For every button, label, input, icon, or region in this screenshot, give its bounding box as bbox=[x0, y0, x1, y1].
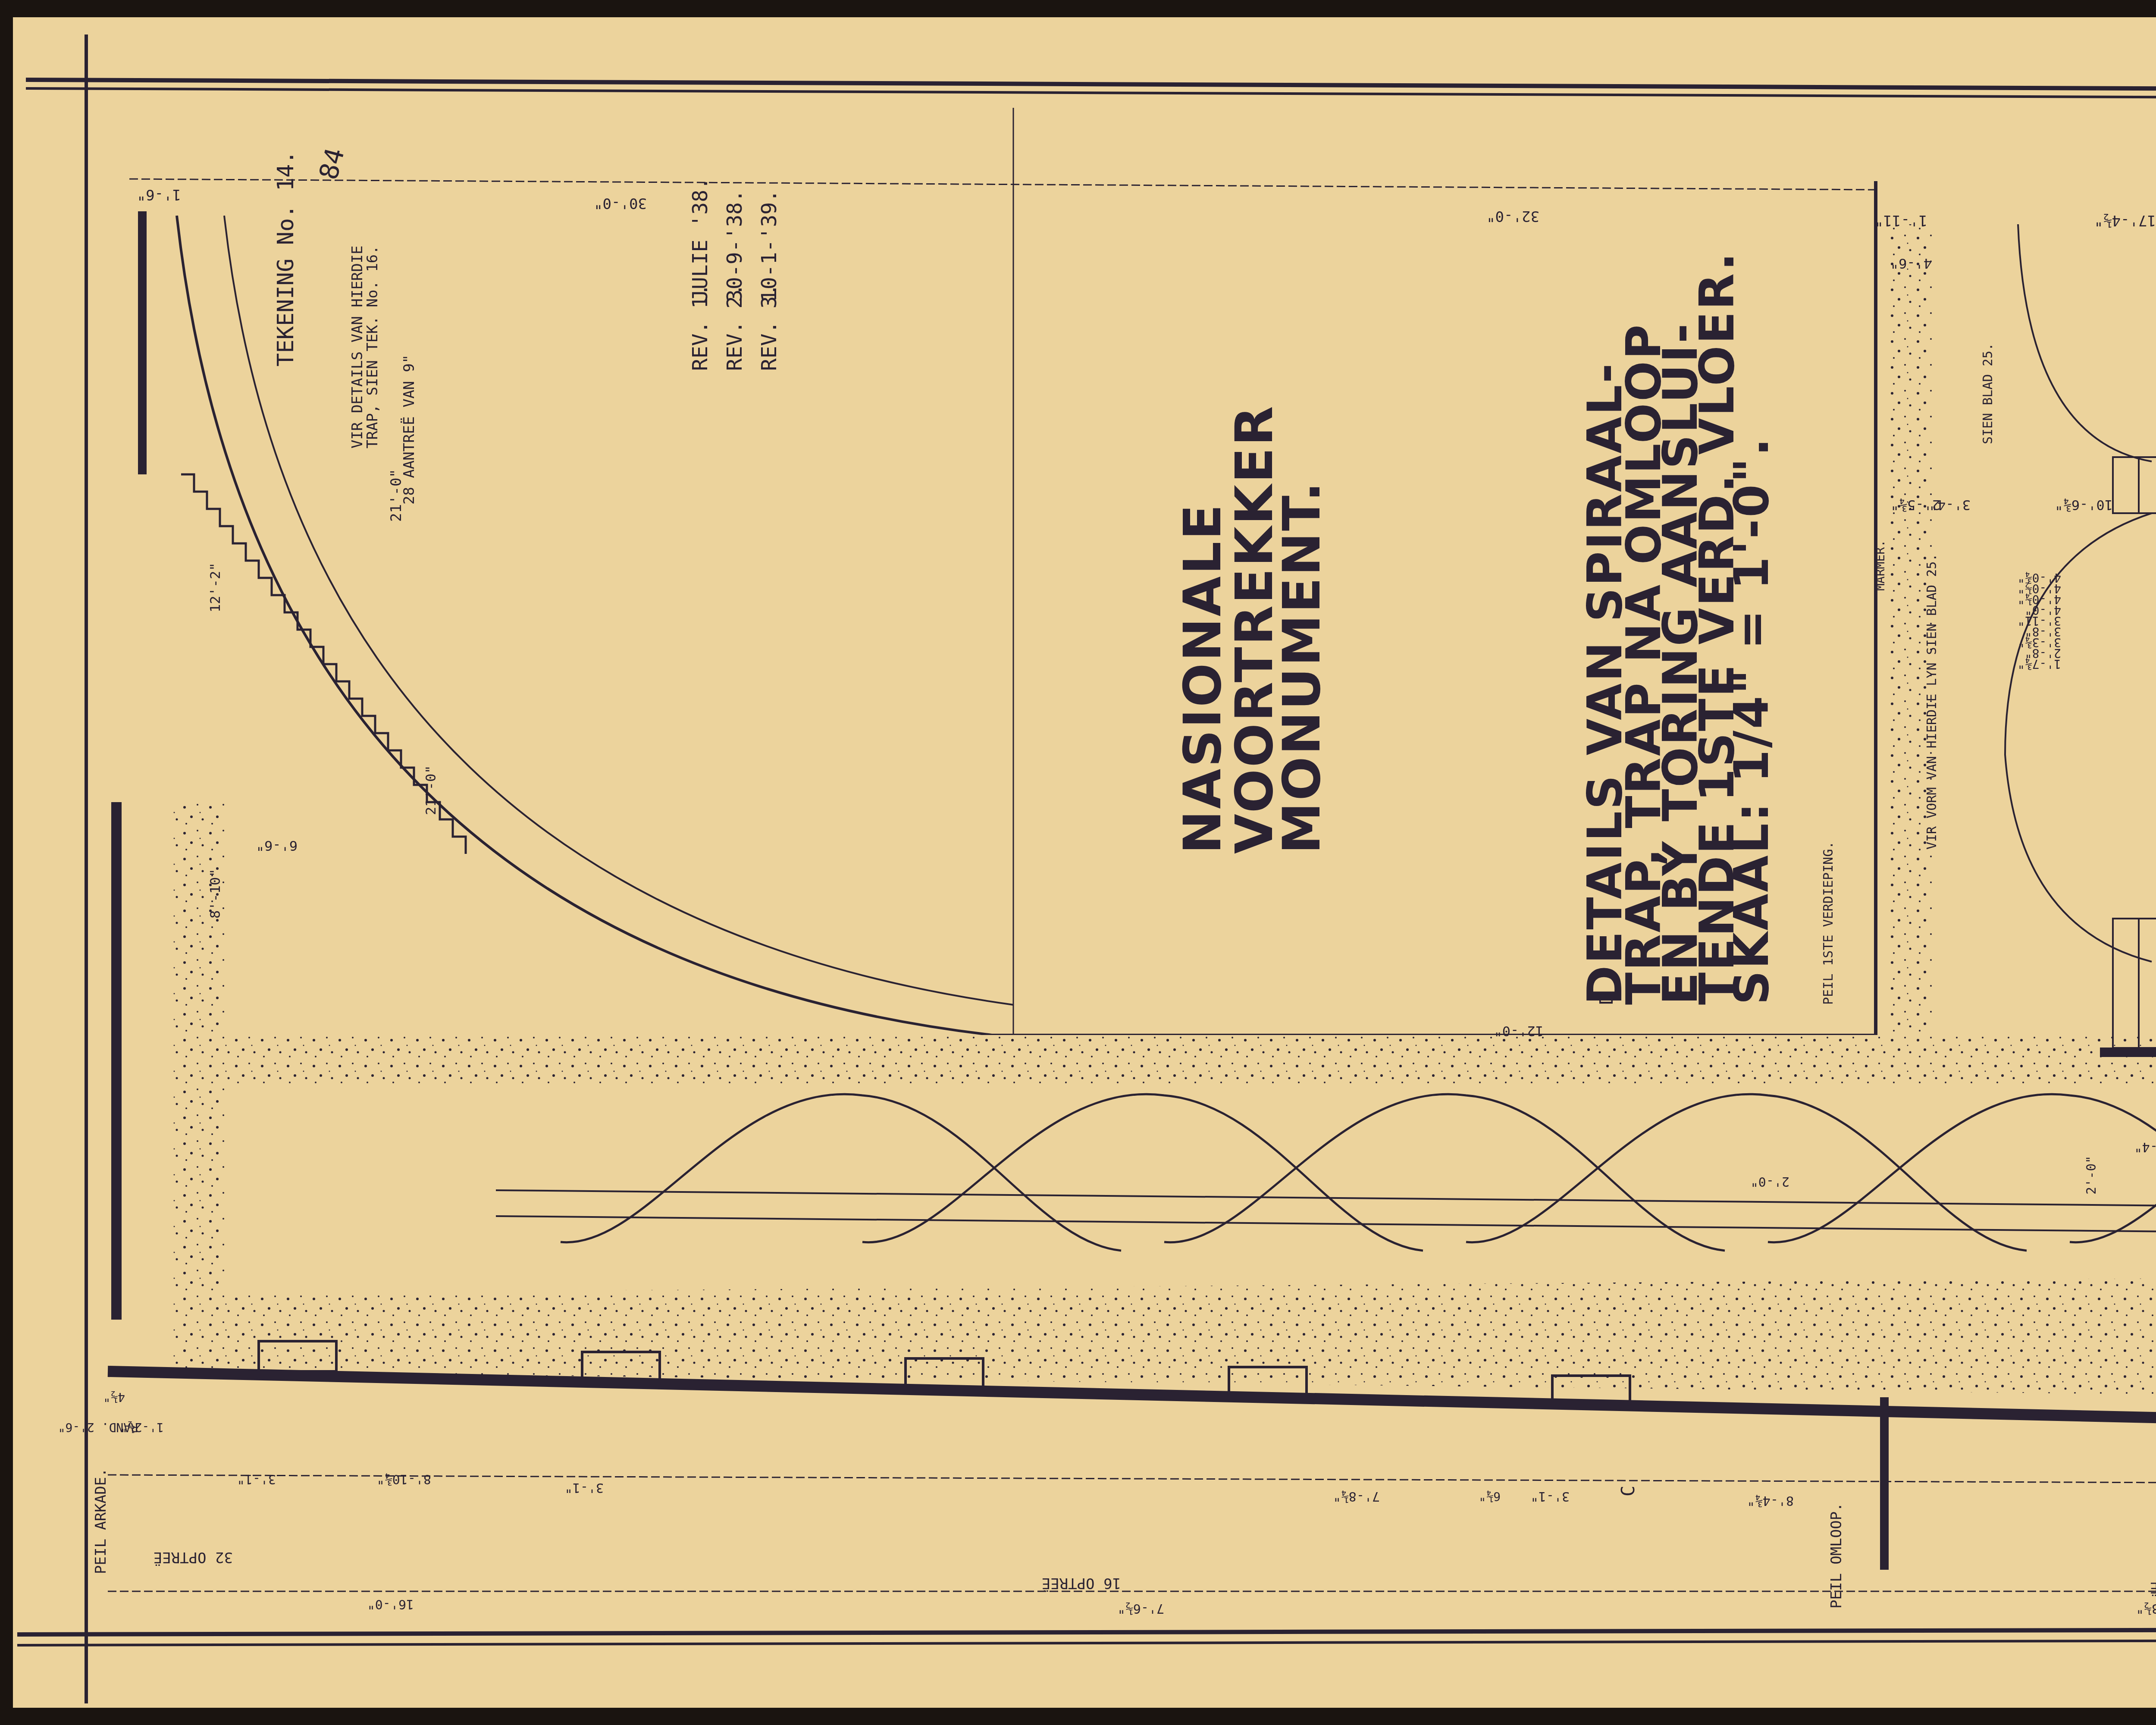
revision-2-date: 30-9-'38. bbox=[723, 190, 747, 302]
dim-left-1: 12'-2" bbox=[207, 562, 223, 612]
note-risers-16: 16 OPTREË bbox=[1042, 1574, 1121, 1592]
dim-bottom-5: 3'-1" bbox=[565, 1480, 604, 1495]
note-level-arcade: PEIL ARKADE. bbox=[92, 1468, 110, 1574]
dim-bottom-8: 3'-1" bbox=[1531, 1489, 1570, 1504]
dim-top-5: 17'-4½" bbox=[2094, 212, 2156, 229]
dim-bottom-1: 4½" bbox=[103, 1390, 125, 1404]
dim-bottom-7: 6¼" bbox=[1479, 1489, 1501, 1503]
section-dim-3: 7'-4" bbox=[2134, 1139, 2156, 1154]
revision-1-date: JULIE '38. bbox=[688, 177, 712, 302]
note-level-omloop: PEIL OMLOOP. bbox=[1828, 1502, 1845, 1609]
dim-top-3: 32'-0" bbox=[1486, 207, 1539, 225]
dim-left-2: 21'-0" bbox=[423, 765, 439, 815]
dim-bottom-4: 8'-10¾" bbox=[377, 1471, 431, 1487]
dim-bottom-3: 3'-1" bbox=[237, 1471, 276, 1487]
mid-dim-6: 2'-5¾" bbox=[1890, 497, 1940, 513]
drawing-number: TEKENING No. 14. bbox=[273, 151, 299, 367]
dim-left-5: 12'-0" bbox=[1494, 1023, 1544, 1039]
dim-left-3: 6'-6" bbox=[256, 837, 298, 854]
mid-dim-1: 4'-6" bbox=[1890, 255, 1932, 272]
dim-top-1: 1'-6" bbox=[137, 186, 181, 203]
dim-bottom-10: 16'-0" bbox=[367, 1596, 414, 1612]
note-level-first-floor: PEIL 1STE VERDIEPING. bbox=[1821, 841, 1836, 1005]
note-stair-detail-2: TRAP, SIEN TEK. No. 16. bbox=[364, 245, 381, 448]
revision-list: REV. 1. JULIE '38. REV. 2. 30-9-'38. REV… bbox=[688, 177, 781, 371]
dim-bottom-9: 8'-4¾" bbox=[1747, 1493, 1794, 1508]
note-risers-38: 38 OPTREË bbox=[2150, 1579, 2156, 1596]
dim-top-4: 1'-11" bbox=[1874, 212, 1927, 229]
section-dim-2: 2'-0" bbox=[2084, 1156, 2099, 1195]
dim-bottom-12: 19'-3½" bbox=[2136, 1601, 2156, 1616]
dim-bottom-11: 7'-6½" bbox=[1118, 1601, 1164, 1616]
architectural-drawing-sheet: TEKENING No. 14. 84 NASIONALE VOORTREKKE… bbox=[0, 0, 2156, 1725]
mid-dim-4: 10'-6¾" bbox=[2055, 497, 2113, 513]
section-marker-c: C bbox=[1617, 1486, 1639, 1496]
dim-left-4: 8'-10" bbox=[207, 869, 223, 919]
dim-bottom-6: 7'-8¼" bbox=[1333, 1489, 1380, 1504]
section-marker-d: D bbox=[1596, 994, 1617, 1005]
dim-top-2: 30'-0" bbox=[594, 194, 647, 212]
note-see-sheet: SIEN BLAD 25. bbox=[1981, 343, 1996, 444]
section-dim-1: 2'-0" bbox=[1751, 1174, 1789, 1189]
note-risers-32: 32 OPTREË bbox=[154, 1549, 233, 1566]
note-curve: VIR VORM VAN HIERDIE LYN SIEN BLAD 25. bbox=[1924, 554, 1940, 850]
offset-9: 1'-7¾" bbox=[2018, 657, 2061, 671]
note-stair-detail-1: VIR DETAILS VAN HIERDIE bbox=[349, 245, 366, 448]
title-line-3: MONUMENT. bbox=[1272, 480, 1332, 854]
note-marmer: MARMER. bbox=[1873, 540, 1887, 591]
detail-title-scale: SKAAL: 1/4" = 1'-0". bbox=[1724, 436, 1779, 1005]
dim-bottom-2: 1'-2½" bbox=[120, 1420, 164, 1434]
revision-3-date: 10-1-'39. bbox=[757, 190, 781, 302]
note-radius: 21'-0" bbox=[388, 469, 405, 522]
title-line-1: NASIONALE bbox=[1173, 503, 1233, 854]
